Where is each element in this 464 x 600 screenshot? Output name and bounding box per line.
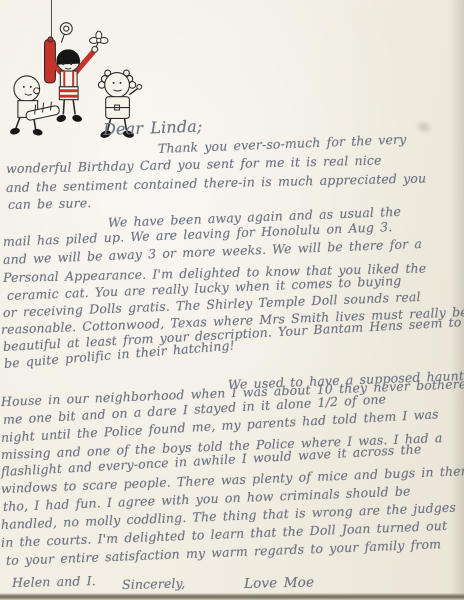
letter-page: Dear Linda; Thank you ever-so-much for t… xyxy=(0,0,464,600)
signature-moe: Love Moe xyxy=(244,574,314,592)
letter-line: can be sure. xyxy=(8,195,92,212)
salutation: Dear Linda; xyxy=(103,117,203,139)
lollipop-icon xyxy=(60,23,72,43)
curly-cartoon-figure xyxy=(9,76,60,136)
closing-sincerely: Sincerely, xyxy=(122,576,186,592)
paper-bottom-edge xyxy=(0,593,464,600)
scan-smudge xyxy=(413,117,435,137)
closing-helen: Helen and I. xyxy=(12,573,96,590)
paper-edge-shade xyxy=(450,0,464,600)
flower-icon xyxy=(90,31,109,47)
